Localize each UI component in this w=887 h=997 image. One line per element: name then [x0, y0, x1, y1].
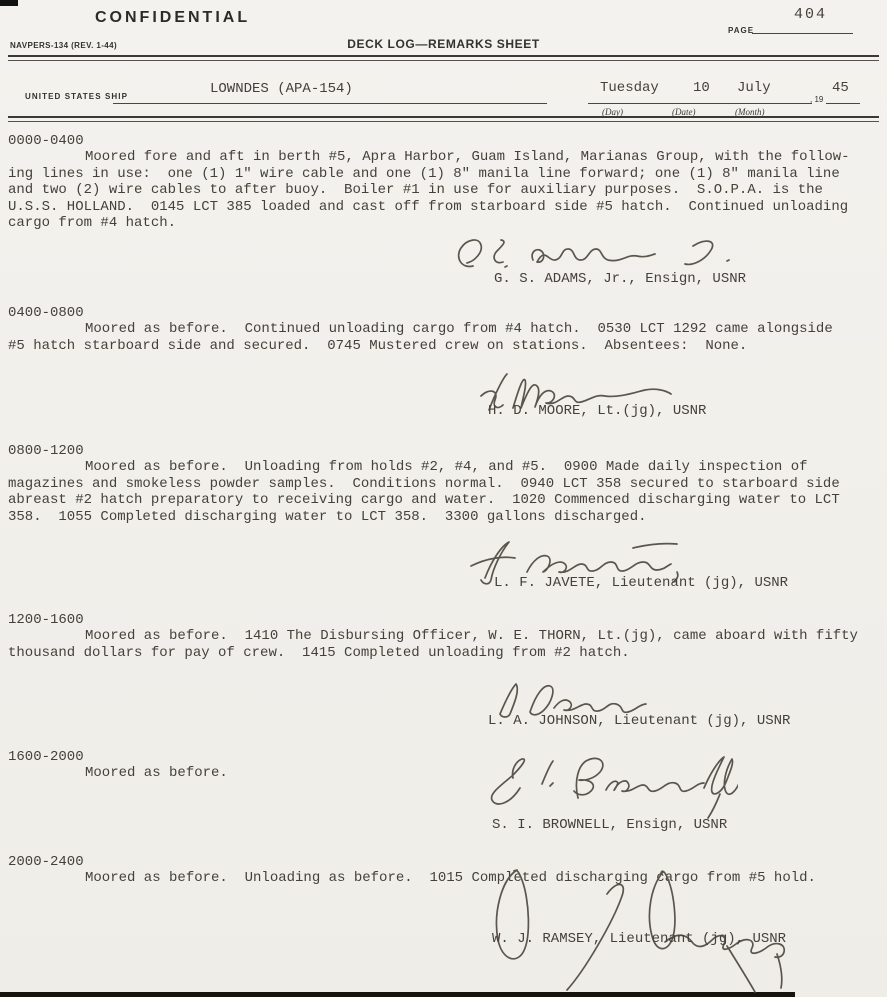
entry-text: Moored fore and aft in berth #5, Apra Ha…	[8, 149, 876, 231]
date-month: July	[737, 80, 771, 96]
date-year: 45	[832, 80, 849, 96]
signature-johnson-typed: L. A. JOHNSON, Lieutenant (jg), USNR	[488, 713, 790, 729]
watch-period: 0000-0400	[8, 133, 876, 149]
signature-brownell-handwritten	[478, 752, 738, 822]
entry-text: Moored as before. Continued unloading ca…	[8, 321, 876, 354]
form-title: DECK LOG—REMARKS SHEET	[0, 37, 887, 51]
page-number: 404	[794, 6, 827, 23]
log-entry-1200-1600: 1200-1600 Moored as before. 1410 The Dis…	[8, 612, 876, 661]
signature-ramsey-handwritten	[465, 862, 820, 995]
deck-log-remarks-sheet: CONFIDENTIAL PAGE 404 NAVPERS-134 (REV. …	[0, 0, 887, 997]
ship-label: UNITED STATES SHIP	[25, 92, 128, 101]
signature-adams-typed: G. S. ADAMS, Jr., Ensign, USNR	[494, 271, 746, 287]
ship-name-line	[113, 103, 547, 104]
entry-text: Moored as before. Unloading from holds #…	[8, 459, 876, 525]
log-entry-0800-1200: 0800-1200 Moored as before. Unloading fr…	[8, 443, 876, 525]
page-label: PAGE	[728, 26, 754, 35]
signature-johnson-handwritten	[488, 676, 658, 718]
header-double-rule	[8, 55, 879, 61]
classification-stamp: CONFIDENTIAL	[95, 9, 250, 27]
entry-text: Moored as before. 1410 The Disbursing Of…	[8, 628, 876, 661]
watch-period: 0400-0800	[8, 305, 876, 321]
watch-period: 0800-1200	[8, 443, 876, 459]
signature-moore-typed: H. D. MOORE, Lt.(jg), USNR	[488, 403, 706, 419]
log-entry-1600-2000: 1600-2000 Moored as before.	[8, 749, 876, 782]
year-line	[826, 103, 860, 104]
subheader-double-rule	[8, 116, 879, 122]
date-number: 10	[693, 80, 710, 96]
watch-period: 1200-1600	[8, 612, 876, 628]
year-prefix: , 19	[810, 95, 823, 104]
signature-javete-typed: L. F. JAVETE, Lieutenant (jg), USNR	[494, 575, 788, 591]
ship-name: LOWNDES (APA-154)	[210, 81, 353, 97]
signature-ramsey-typed: W. J. RAMSEY, Lieutenant (jg), USNR	[492, 931, 786, 947]
log-entry-0400-0800: 0400-0800 Moored as before. Continued un…	[8, 305, 876, 354]
watch-period: 1600-2000	[8, 749, 876, 765]
page-number-line	[752, 33, 853, 34]
scan-corner-mark	[0, 0, 18, 6]
log-entry-0000-0400: 0000-0400 Moored fore and aft in berth #…	[8, 133, 876, 231]
date-day: Tuesday	[600, 80, 659, 96]
signature-brownell-typed: S. I. BROWNELL, Ensign, USNR	[492, 817, 727, 833]
date-line	[588, 103, 812, 104]
entry-text: Moored as before.	[8, 765, 876, 781]
